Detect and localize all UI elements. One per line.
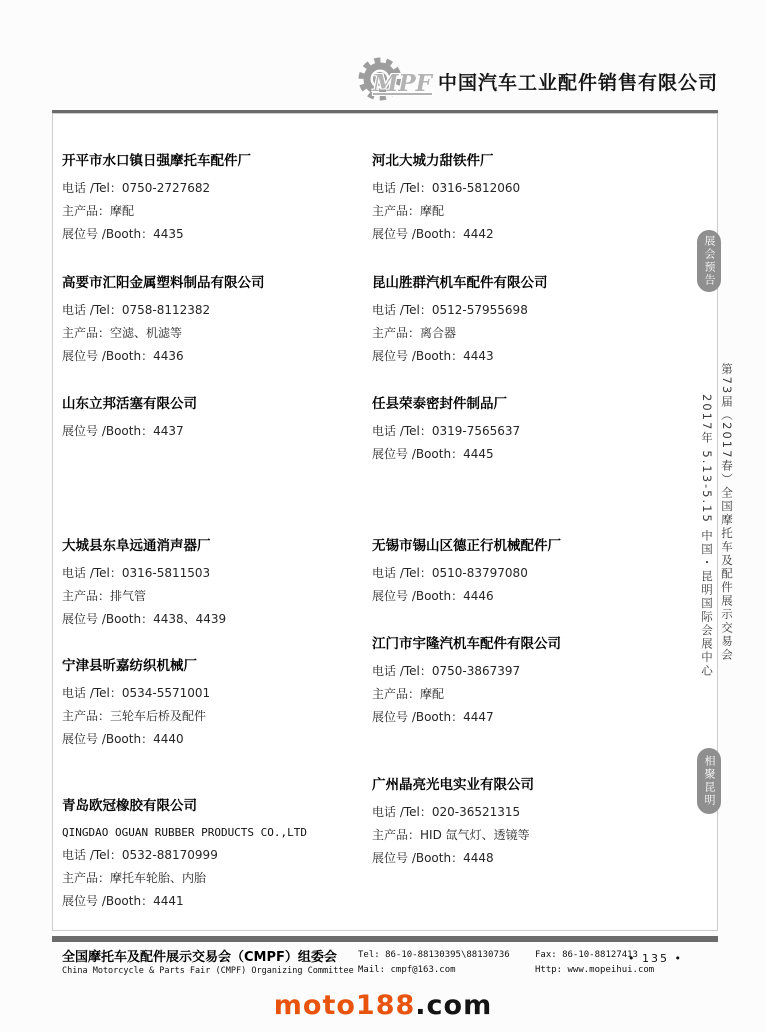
company-products: 主产品：离合器 xyxy=(372,322,548,345)
field-value: 4443 xyxy=(463,349,494,363)
field-value: 三轮车后桥及配件 xyxy=(110,709,206,723)
field-value: 4438、4439 xyxy=(153,612,226,626)
field-value: 离合器 xyxy=(420,326,456,340)
company-name: 广州晶亮光电实业有限公司 xyxy=(372,776,534,794)
company-name-en: QINGDAO OGUAN RUBBER PRODUCTS CO.,LTD xyxy=(62,822,307,844)
field-value: 4435 xyxy=(153,227,184,241)
company-name: 宁津县昕嘉纺织机械厂 xyxy=(62,657,210,675)
field-label: 展位号 /Booth： xyxy=(372,447,463,461)
field-value: 摩配 xyxy=(420,204,444,218)
footer-contact-telmail: Tel: 86-10-88130395\88130736 Mail: cmpf@… xyxy=(358,948,510,978)
field-label: 主产品： xyxy=(372,828,420,842)
field-label: 展位号 /Booth： xyxy=(62,227,153,241)
company-name: 任县荣泰密封件制品厂 xyxy=(372,395,520,413)
field-value: 4442 xyxy=(463,227,494,241)
company-entry: 广州晶亮光电实业有限公司 电话 /Tel：020-36521315 主产品：HI… xyxy=(372,776,534,870)
catalog-page: MPF 中国汽车工业配件销售有限公司 开平市水口镇日强摩托车配件厂 电话 /Te… xyxy=(0,0,766,1032)
footer-http: Http: www.mopeihui.com xyxy=(535,963,654,978)
field-label: 电话 /Tel： xyxy=(372,664,432,678)
company-booth: 展位号 /Booth：4436 xyxy=(62,345,265,368)
field-label: 主产品： xyxy=(372,326,420,340)
company-products: 主产品：三轮车后桥及配件 xyxy=(62,705,210,728)
field-label: 展位号 /Booth： xyxy=(62,894,153,908)
company-tel: 电话 /Tel：0316-5812060 xyxy=(372,177,520,200)
company-booth: 展位号 /Booth：4438、4439 xyxy=(62,608,226,631)
company-booth: 展位号 /Booth：4440 xyxy=(62,728,210,751)
field-value: 空滤、机滤等 xyxy=(110,326,182,340)
field-value: HID 氙气灯、透镜等 xyxy=(420,828,530,842)
company-tel: 电话 /Tel：0510-83797080 xyxy=(372,562,561,585)
company-name: 山东立邦活塞有限公司 xyxy=(62,395,197,413)
footer-committee-en: China Motorcycle & Parts Fair (CMPF) Org… xyxy=(62,966,354,976)
field-label: 电话 /Tel： xyxy=(62,566,122,580)
company-tel: 电话 /Tel：0316-5811503 xyxy=(62,562,226,585)
company-booth: 展位号 /Booth：4448 xyxy=(372,847,534,870)
footer-tel: Tel: 86-10-88130395\88130736 xyxy=(358,948,510,963)
field-label: 电话 /Tel： xyxy=(372,424,432,438)
company-booth: 展位号 /Booth：4435 xyxy=(62,223,251,246)
company-tel: 电话 /Tel：0532-88170999 xyxy=(62,844,307,867)
company-products: 主产品：摩配 xyxy=(372,200,520,223)
field-value: 0316-5812060 xyxy=(432,181,520,195)
company-booth: 展位号 /Booth：4446 xyxy=(372,585,561,608)
field-value: 摩配 xyxy=(110,204,134,218)
field-value: 4445 xyxy=(463,447,494,461)
field-label: 电话 /Tel： xyxy=(62,686,122,700)
field-value: 0319-7565637 xyxy=(432,424,520,438)
company-entry: 昆山胜群汽机车配件有限公司 电话 /Tel：0512-57955698 主产品：… xyxy=(372,274,548,368)
field-value: 4441 xyxy=(153,894,184,908)
field-value: 0750-2727682 xyxy=(122,181,210,195)
company-tel: 电话 /Tel：0750-3867397 xyxy=(372,660,561,683)
field-value: 4436 xyxy=(153,349,184,363)
field-value: 0758-8112382 xyxy=(122,303,210,317)
footer-committee-cn: 全国摩托车及配件展示交易会（CMPF）组委会 xyxy=(62,946,337,965)
field-value: 0510-83797080 xyxy=(432,566,528,580)
field-value: 0534-5571001 xyxy=(122,686,210,700)
field-label: 电话 /Tel： xyxy=(62,848,122,862)
company-entry: 山东立邦活塞有限公司 展位号 /Booth：4437 xyxy=(62,395,197,443)
field-label: 展位号 /Booth： xyxy=(62,612,153,626)
field-value: 4448 xyxy=(463,851,494,865)
logo-acronym: MPF xyxy=(373,70,432,97)
company-entry: 任县荣泰密封件制品厂 电话 /Tel：0319-7565637 展位号 /Boo… xyxy=(372,395,520,466)
field-label: 主产品： xyxy=(62,709,110,723)
company-entry: 宁津县昕嘉纺织机械厂 电话 /Tel：0534-5571001 主产品：三轮车后… xyxy=(62,657,210,751)
field-value: 4437 xyxy=(153,424,184,438)
company-entry: 青岛欧冠橡胶有限公司 QINGDAO OGUAN RUBBER PRODUCTS… xyxy=(62,797,307,913)
company-products: 主产品：空滤、机滤等 xyxy=(62,322,265,345)
company-tel: 电话 /Tel：0319-7565637 xyxy=(372,420,520,443)
field-value: 4447 xyxy=(463,710,494,724)
field-label: 主产品： xyxy=(62,204,110,218)
footer-rule-bar xyxy=(52,936,718,942)
page-header: MPF 中国汽车工业配件销售有限公司 xyxy=(357,56,718,106)
company-products: 主产品：摩配 xyxy=(372,683,561,706)
sidebar-event-schedule: 2017年 5.13-5.15 中国・昆明国际会展中心 xyxy=(699,394,715,678)
company-entry: 高要市汇阳金属塑料制品有限公司 电话 /Tel：0758-8112382 主产品… xyxy=(62,274,265,368)
field-label: 展位号 /Booth： xyxy=(372,227,463,241)
company-booth: 展位号 /Booth：4443 xyxy=(372,345,548,368)
field-label: 展位号 /Booth： xyxy=(372,851,463,865)
company-name: 无锡市锡山区德正行机械配件厂 xyxy=(372,537,561,555)
field-value: 摩托车轮胎、内胎 xyxy=(110,871,206,885)
field-value: 4440 xyxy=(153,732,184,746)
company-name: 青岛欧冠橡胶有限公司 xyxy=(62,797,307,815)
company-tel: 电话 /Tel：0750-2727682 xyxy=(62,177,251,200)
field-value: 排气管 xyxy=(110,589,146,603)
page-number: • 135 • xyxy=(628,952,683,965)
company-tel: 电话 /Tel：0758-8112382 xyxy=(62,299,265,322)
company-products: 主产品：HID 氙气灯、透镜等 xyxy=(372,824,534,847)
header-company-name: 中国汽车工业配件销售有限公司 xyxy=(438,68,718,95)
company-products: 主产品：摩托车轮胎、内胎 xyxy=(62,867,307,890)
site-watermark: moto188.com xyxy=(0,990,766,1021)
company-products: 主产品：摩配 xyxy=(62,200,251,223)
company-entry: 开平市水口镇日强摩托车配件厂 电话 /Tel：0750-2727682 主产品：… xyxy=(62,152,251,246)
company-tel: 电话 /Tel：0534-5571001 xyxy=(62,682,210,705)
company-products: 主产品：排气管 xyxy=(62,585,226,608)
field-value: 4446 xyxy=(463,589,494,603)
company-booth: 展位号 /Booth：4447 xyxy=(372,706,561,729)
field-label: 主产品： xyxy=(372,687,420,701)
field-label: 主产品： xyxy=(62,871,110,885)
watermark-brand: moto188 xyxy=(274,990,416,1021)
field-label: 电话 /Tel： xyxy=(372,805,432,819)
sidebar-badge-preview: 展会预告 xyxy=(697,230,721,292)
field-label: 展位号 /Booth： xyxy=(62,349,153,363)
company-name: 高要市汇阳金属塑料制品有限公司 xyxy=(62,274,265,292)
field-label: 主产品： xyxy=(62,589,110,603)
field-label: 电话 /Tel： xyxy=(372,566,432,580)
watermark-suffix: .com xyxy=(415,990,492,1021)
field-label: 电话 /Tel： xyxy=(372,303,432,317)
field-label: 展位号 /Booth： xyxy=(62,732,153,746)
field-label: 电话 /Tel： xyxy=(62,303,122,317)
company-entry: 江门市宇隆汽机车配件有限公司 电话 /Tel：0750-3867397 主产品：… xyxy=(372,635,561,729)
field-value: 摩配 xyxy=(420,687,444,701)
company-entry: 大城县东阜远通消声器厂 电话 /Tel：0316-5811503 主产品：排气管… xyxy=(62,537,226,631)
company-name: 河北大城力甜铁件厂 xyxy=(372,152,520,170)
company-name: 江门市宇隆汽机车配件有限公司 xyxy=(372,635,561,653)
sidebar-event-title: 第73届（2017春）全国摩托车及配件展示交易会 xyxy=(719,363,735,662)
field-value: 0512-57955698 xyxy=(432,303,528,317)
field-value: 0316-5811503 xyxy=(122,566,210,580)
field-label: 展位号 /Booth： xyxy=(372,589,463,603)
company-name: 昆山胜群汽机车配件有限公司 xyxy=(372,274,548,292)
company-booth: 展位号 /Booth：4441 xyxy=(62,890,307,913)
field-label: 展位号 /Booth： xyxy=(62,424,153,438)
company-entry: 河北大城力甜铁件厂 电话 /Tel：0316-5812060 主产品：摩配 展位… xyxy=(372,152,520,246)
field-value: 0750-3867397 xyxy=(432,664,520,678)
sidebar-badge-kunming: 相聚昆明 xyxy=(697,748,721,814)
field-label: 电话 /Tel： xyxy=(372,181,432,195)
company-tel: 电话 /Tel：020-36521315 xyxy=(372,801,534,824)
company-booth: 展位号 /Booth：4442 xyxy=(372,223,520,246)
field-value: 020-36521315 xyxy=(432,805,520,819)
company-tel: 电话 /Tel：0512-57955698 xyxy=(372,299,548,322)
field-label: 电话 /Tel： xyxy=(62,181,122,195)
company-booth: 展位号 /Booth：4445 xyxy=(372,443,520,466)
company-entry: 无锡市锡山区德正行机械配件厂 电话 /Tel：0510-83797080 展位号… xyxy=(372,537,561,608)
company-booth: 展位号 /Booth：4437 xyxy=(62,420,197,443)
field-value: 0532-88170999 xyxy=(122,848,218,862)
field-label: 展位号 /Booth： xyxy=(372,710,463,724)
company-name: 大城县东阜远通消声器厂 xyxy=(62,537,226,555)
field-label: 展位号 /Booth： xyxy=(372,349,463,363)
company-name: 开平市水口镇日强摩托车配件厂 xyxy=(62,152,251,170)
field-label: 主产品： xyxy=(62,326,110,340)
field-label: 主产品： xyxy=(372,204,420,218)
footer-mail: Mail: cmpf@163.com xyxy=(358,963,510,978)
